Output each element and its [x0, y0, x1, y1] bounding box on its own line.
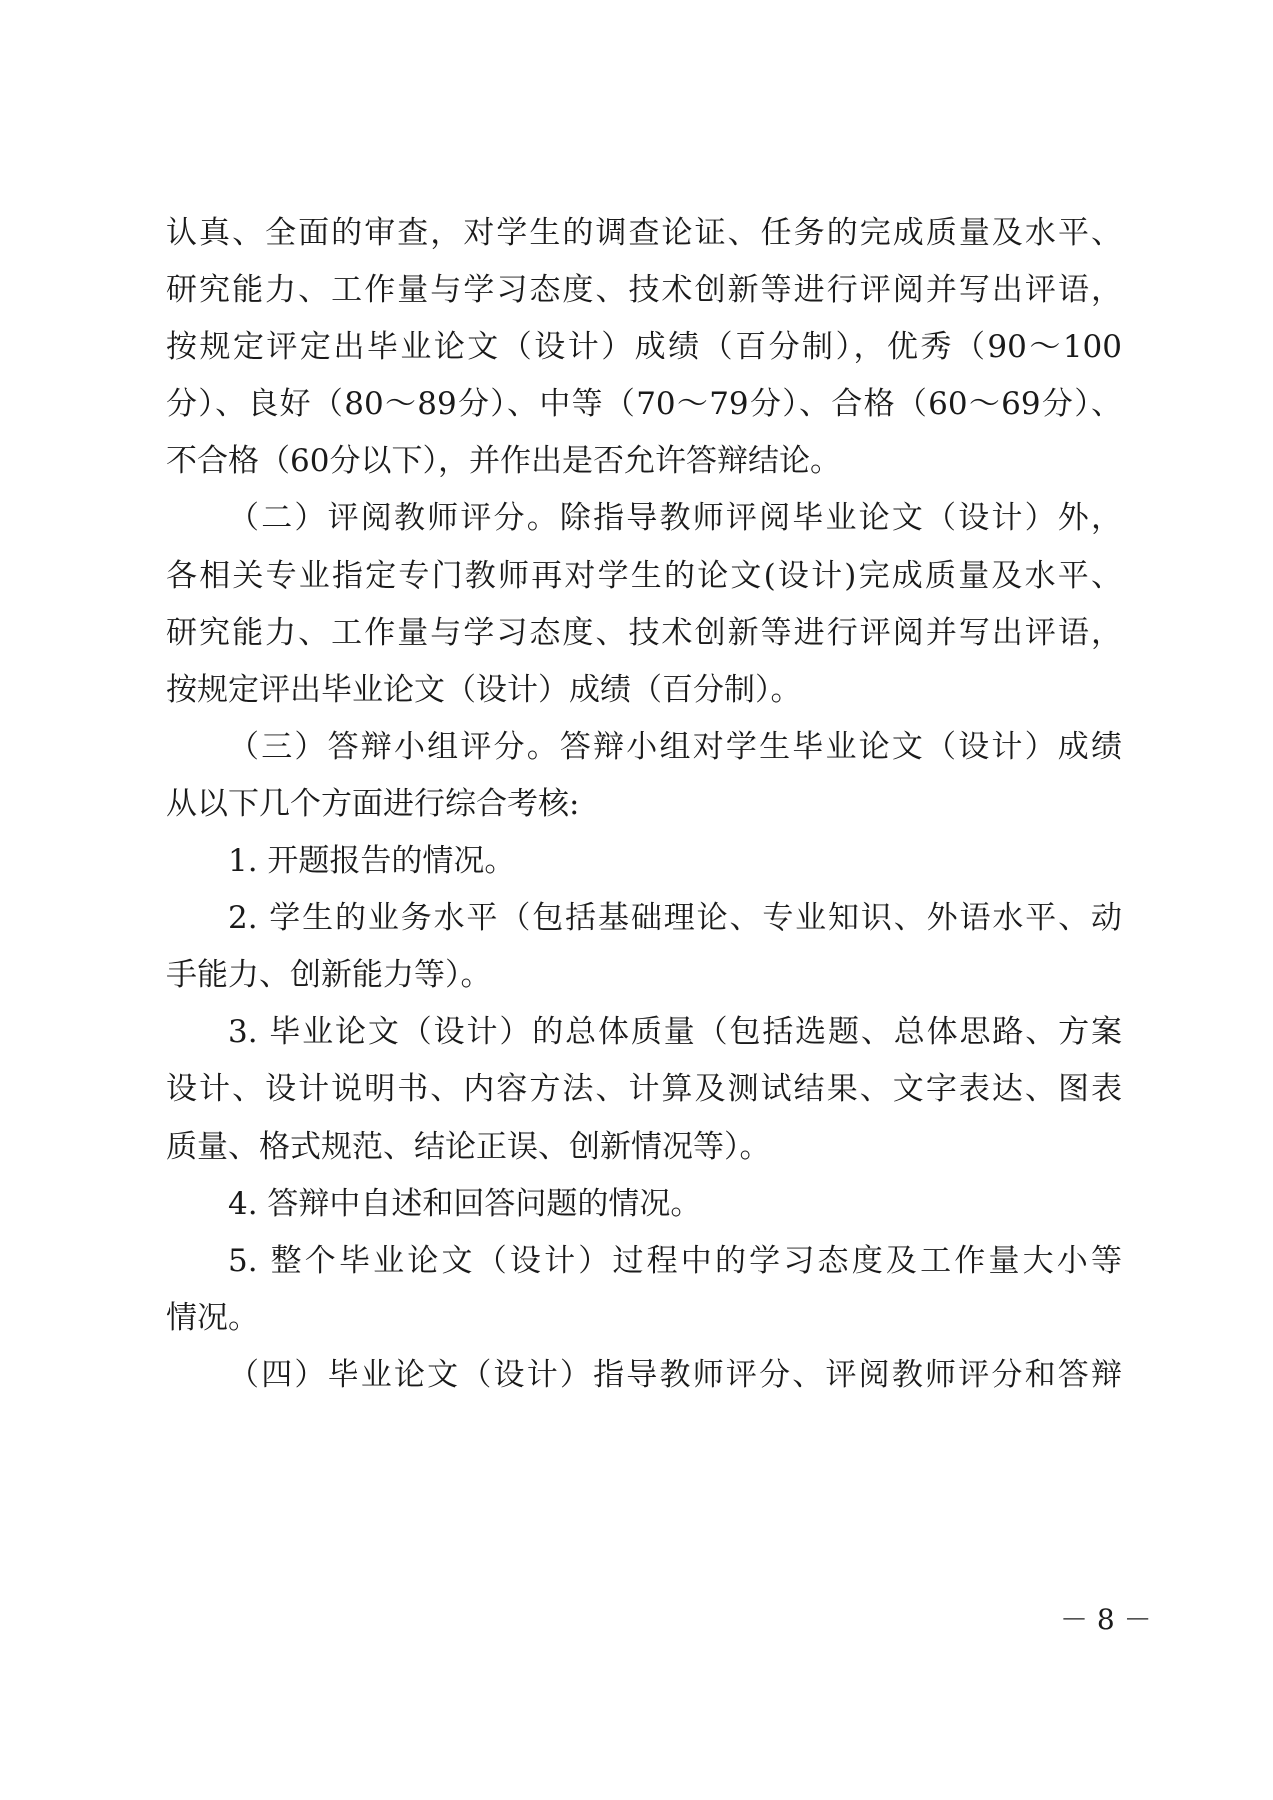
- text-line: 认真、全面的审查，对学生的调查论证、任务的完成质量及水平、: [166, 208, 1122, 265]
- text-line: 不合格（60分以下），并作出是否允许答辩结论。: [166, 436, 1122, 493]
- text-line: 研究能力、工作量与学习态度、技术创新等进行评阅并写出评语，: [166, 265, 1122, 322]
- document-page: 认真、全面的审查，对学生的调查论证、任务的完成质量及水平、 研究能力、工作量与学…: [0, 0, 1273, 1800]
- text-line: 按规定评出毕业论文（设计）成绩（百分制）。: [166, 665, 1122, 722]
- page-number: － 8 －: [1060, 1600, 1124, 1640]
- text-line: 分）、良好（80～89分）、中等（70～79分）、合格（60～69分）、: [166, 379, 1122, 436]
- text-line: 质量、格式规范、结论正误、创新情况等）。: [166, 1122, 1122, 1179]
- text-line: 情况。: [166, 1293, 1122, 1350]
- text-line: 按规定评定出毕业论文（设计）成绩（百分制），优秀（90～100: [166, 322, 1122, 379]
- list-item-3: 3. 毕业论文（设计）的总体质量（包括选题、总体思路、方案: [166, 1007, 1122, 1064]
- section-heading-line: （四）毕业论文（设计）指导教师评分、评阅教师评分和答辩: [166, 1350, 1122, 1407]
- list-item-1: 1. 开题报告的情况。: [166, 836, 1122, 893]
- list-item-4: 4. 答辩中自述和回答问题的情况。: [166, 1179, 1122, 1236]
- list-item-5: 5. 整个毕业论文（设计）过程中的学习态度及工作量大小等: [166, 1236, 1122, 1293]
- list-item-2: 2. 学生的业务水平（包括基础理论、专业知识、外语水平、动: [166, 893, 1122, 950]
- section-heading-line: （三）答辩小组评分。答辩小组对学生毕业论文（设计）成绩: [166, 722, 1122, 779]
- text-line: 从以下几个方面进行综合考核:: [166, 779, 1122, 836]
- text-line: 手能力、创新能力等）。: [166, 950, 1122, 1007]
- text-line: 设计、设计说明书、内容方法、计算及测试结果、文字表达、图表: [166, 1064, 1122, 1121]
- section-heading-line: （二）评阅教师评分。除指导教师评阅毕业论文（设计）外，: [166, 493, 1122, 550]
- text-line: 研究能力、工作量与学习态度、技术创新等进行评阅并写出评语，: [166, 608, 1122, 665]
- body-text: 认真、全面的审查，对学生的调查论证、任务的完成质量及水平、 研究能力、工作量与学…: [166, 208, 1122, 1407]
- text-line: 各相关专业指定专门教师再对学生的论文(设计)完成质量及水平、: [166, 551, 1122, 608]
